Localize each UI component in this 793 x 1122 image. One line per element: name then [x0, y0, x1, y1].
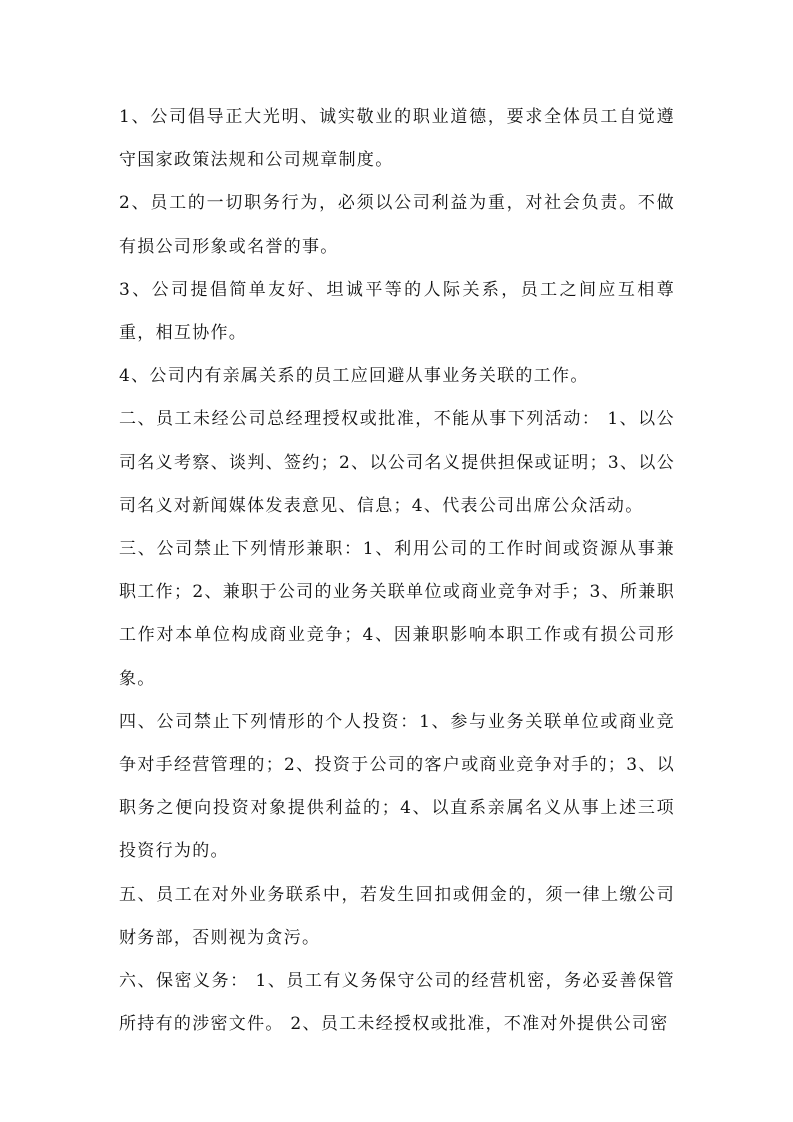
section-2-paragraph: 二、员工未经公司总经理授权或批准，不能从事下列活动： 1、以公司名义考察、谈判、… — [119, 398, 675, 528]
paragraph-2: 2、员工的一切职务行为，必须以公司利益为重，对社会负责。不做有损公司形象或名誉的… — [119, 182, 675, 268]
paragraph-1: 1、公司倡导正大光明、诚实敬业的职业道德，要求全体员工自觉遵守国家政策法规和公司… — [119, 96, 675, 182]
section-5-paragraph: 五、员工在对外业务联系中，若发生回扣或佣金的，须一律上缴公司财务部，否则视为贪污… — [119, 874, 675, 960]
paragraph-4: 4、公司内有亲属关系的员工应回避从事业务关联的工作。 — [119, 355, 675, 398]
section-6-paragraph: 六、保密义务： 1、员工有义务保守公司的经营机密，务必妥善保管所持有的涉密文件。… — [119, 960, 675, 1046]
section-3-paragraph: 三、公司禁止下列情形兼职：1、利用公司的工作时间或资源从事兼职工作；2、兼职于公… — [119, 528, 675, 701]
section-4-paragraph: 四、公司禁止下列情形的个人投资：1、参与业务关联单位或商业竞争对手经营管理的；2… — [119, 701, 675, 874]
paragraph-3: 3、公司提倡简单友好、坦诚平等的人际关系，员工之间应互相尊重，相互协作。 — [119, 269, 675, 355]
document-page: 1、公司倡导正大光明、诚实敬业的职业道德，要求全体员工自觉遵守国家政策法规和公司… — [119, 96, 675, 1046]
